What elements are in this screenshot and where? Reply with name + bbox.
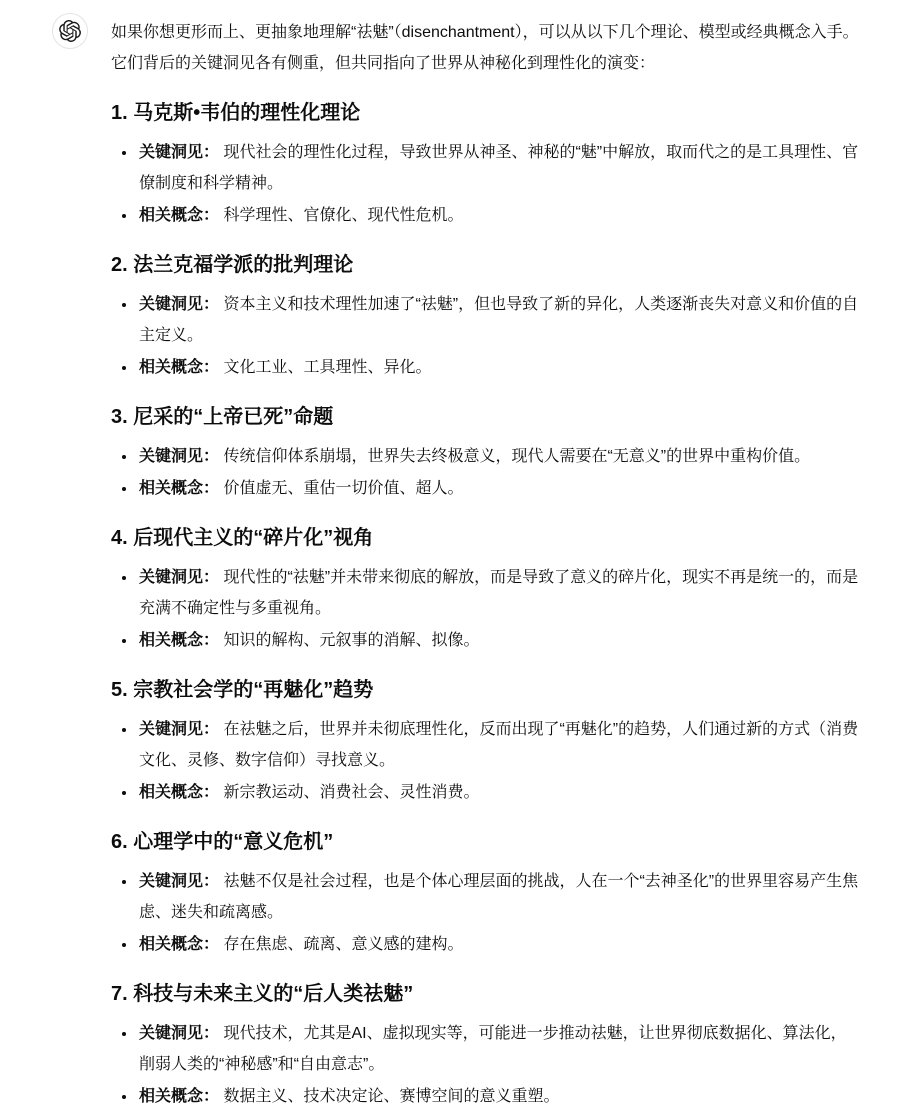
section-heading: 6. 心理学中的“意义危机” xyxy=(111,828,859,856)
bullet-label: 相关概念： xyxy=(139,480,219,497)
section-bullets: 关键洞见： 资本主义和技术理性加速了“祛魅”，但也导致了新的异化，人类逐渐丧失对… xyxy=(111,289,859,383)
bullet-item: 相关概念： 存在焦虑、疏离、意义感的建构。 xyxy=(137,929,859,960)
bullet-item: 相关概念： 数据主义、技术决定论、赛博空间的意义重塑。 xyxy=(137,1081,859,1106)
section-heading: 7. 科技与未来主义的“后人类祛魅” xyxy=(111,980,859,1008)
bullet-item: 相关概念： 科学理性、官僚化、现代性危机。 xyxy=(137,200,859,231)
bullet-label: 相关概念： xyxy=(139,632,219,649)
bullet-item: 相关概念： 新宗教运动、消费社会、灵性消费。 xyxy=(137,777,859,808)
bullet-item: 相关概念： 知识的解构、元叙事的消解、拟像。 xyxy=(137,625,859,656)
bullet-label: 关键洞见： xyxy=(139,569,219,586)
assistant-message: 如果你想更形而上、更抽象地理解“祛魅”（disenchantment），可以从以… xyxy=(0,0,905,1106)
bullet-item: 相关概念： 价值虚无、重估一切价值、超人。 xyxy=(137,473,859,504)
section-bullets: 关键洞见： 祛魅不仅是社会过程，也是个体心理层面的挑战，人在一个“去神圣化”的世… xyxy=(111,866,859,960)
section-bullets: 关键洞见： 现代技术，尤其是AI、虚拟现实等，可能进一步推动祛魅，让世界彻底数据… xyxy=(111,1018,859,1106)
bullet-label: 关键洞见： xyxy=(139,296,219,313)
bullet-text: 现代性的“祛魅”并未带来彻底的解放，而是导致了意义的碎片化，现实不再是统一的，而… xyxy=(139,569,858,617)
bullet-item: 关键洞见： 资本主义和技术理性加速了“祛魅”，但也导致了新的异化，人类逐渐丧失对… xyxy=(137,289,859,351)
bullet-item: 关键洞见： 现代社会的理性化过程，导致世界从神圣、神秘的“魅”中解放，取而代之的… xyxy=(137,137,859,199)
bullet-text: 传统信仰体系崩塌，世界失去终极意义，现代人需要在“无意义”的世界中重构价值。 xyxy=(223,448,810,465)
bullet-label: 相关概念： xyxy=(139,784,219,801)
bullet-text: 存在焦虑、疏离、意义感的建构。 xyxy=(223,936,463,953)
bullet-label: 关键洞见： xyxy=(139,144,219,161)
assistant-message-content: 如果你想更形而上、更抽象地理解“祛魅”（disenchantment），可以从以… xyxy=(111,13,859,1106)
assistant-avatar xyxy=(52,13,88,49)
bullet-text: 知识的解构、元叙事的消解、拟像。 xyxy=(223,632,479,649)
bullet-text: 祛魅不仅是社会过程，也是个体心理层面的挑战，人在一个“去神圣化”的世界里容易产生… xyxy=(139,873,858,921)
section-heading: 1. 马克斯•韦伯的理性化理论 xyxy=(111,99,859,127)
bullet-label: 关键洞见： xyxy=(139,721,219,738)
section-heading: 2. 法兰克福学派的批判理论 xyxy=(111,251,859,279)
bullet-text: 现代技术，尤其是AI、虚拟现实等，可能进一步推动祛魅，让世界彻底数据化、算法化，… xyxy=(139,1025,847,1073)
bullet-label: 关键洞见： xyxy=(139,873,219,890)
bullet-text: 数据主义、技术决定论、赛博空间的意义重塑。 xyxy=(223,1088,559,1105)
section-heading: 3. 尼采的“上帝已死”命题 xyxy=(111,403,859,431)
bullet-label: 相关概念： xyxy=(139,207,219,224)
section-bullets: 关键洞见： 现代性的“祛魅”并未带来彻底的解放，而是导致了意义的碎片化，现实不再… xyxy=(111,562,859,656)
section-heading: 5. 宗教社会学的“再魅化”趋势 xyxy=(111,676,859,704)
bullet-label: 相关概念： xyxy=(139,359,219,376)
bullet-text: 资本主义和技术理性加速了“祛魅”，但也导致了新的异化，人类逐渐丧失对意义和价值的… xyxy=(139,296,858,344)
bullet-text: 在祛魅之后，世界并未彻底理性化，反而出现了“再魅化”的趋势，人们通过新的方式（消… xyxy=(139,721,858,769)
bullet-text: 新宗教运动、消费社会、灵性消费。 xyxy=(223,784,479,801)
bullet-text: 价值虚无、重估一切价值、超人。 xyxy=(223,480,463,497)
bullet-label: 相关概念： xyxy=(139,1088,219,1105)
bullet-text: 文化工业、工具理性、异化。 xyxy=(223,359,431,376)
section-bullets: 关键洞见： 传统信仰体系崩塌，世界失去终极意义，现代人需要在“无意义”的世界中重… xyxy=(111,441,859,504)
section-heading: 4. 后现代主义的“碎片化”视角 xyxy=(111,524,859,552)
section-bullets: 关键洞见： 现代社会的理性化过程，导致世界从神圣、神秘的“魅”中解放，取而代之的… xyxy=(111,137,859,231)
openai-logo-icon xyxy=(59,20,81,42)
bullet-item: 关键洞见： 现代技术，尤其是AI、虚拟现实等，可能进一步推动祛魅，让世界彻底数据… xyxy=(137,1018,859,1080)
section-bullets: 关键洞见： 在祛魅之后，世界并未彻底理性化，反而出现了“再魅化”的趋势，人们通过… xyxy=(111,714,859,808)
sections-container: 1. 马克斯•韦伯的理性化理论关键洞见： 现代社会的理性化过程，导致世界从神圣、… xyxy=(111,99,859,1106)
bullet-label: 关键洞见： xyxy=(139,1025,219,1042)
bullet-item: 关键洞见： 在祛魅之后，世界并未彻底理性化，反而出现了“再魅化”的趋势，人们通过… xyxy=(137,714,859,776)
bullet-label: 相关概念： xyxy=(139,936,219,953)
bullet-text: 现代社会的理性化过程，导致世界从神圣、神秘的“魅”中解放，取而代之的是工具理性、… xyxy=(139,144,858,192)
intro-paragraph: 如果你想更形而上、更抽象地理解“祛魅”（disenchantment），可以从以… xyxy=(111,17,859,79)
bullet-item: 关键洞见： 现代性的“祛魅”并未带来彻底的解放，而是导致了意义的碎片化，现实不再… xyxy=(137,562,859,624)
bullet-text: 科学理性、官僚化、现代性危机。 xyxy=(223,207,463,224)
bullet-label: 关键洞见： xyxy=(139,448,219,465)
bullet-item: 相关概念： 文化工业、工具理性、异化。 xyxy=(137,352,859,383)
bullet-item: 关键洞见： 祛魅不仅是社会过程，也是个体心理层面的挑战，人在一个“去神圣化”的世… xyxy=(137,866,859,928)
bullet-item: 关键洞见： 传统信仰体系崩塌，世界失去终极意义，现代人需要在“无意义”的世界中重… xyxy=(137,441,859,472)
